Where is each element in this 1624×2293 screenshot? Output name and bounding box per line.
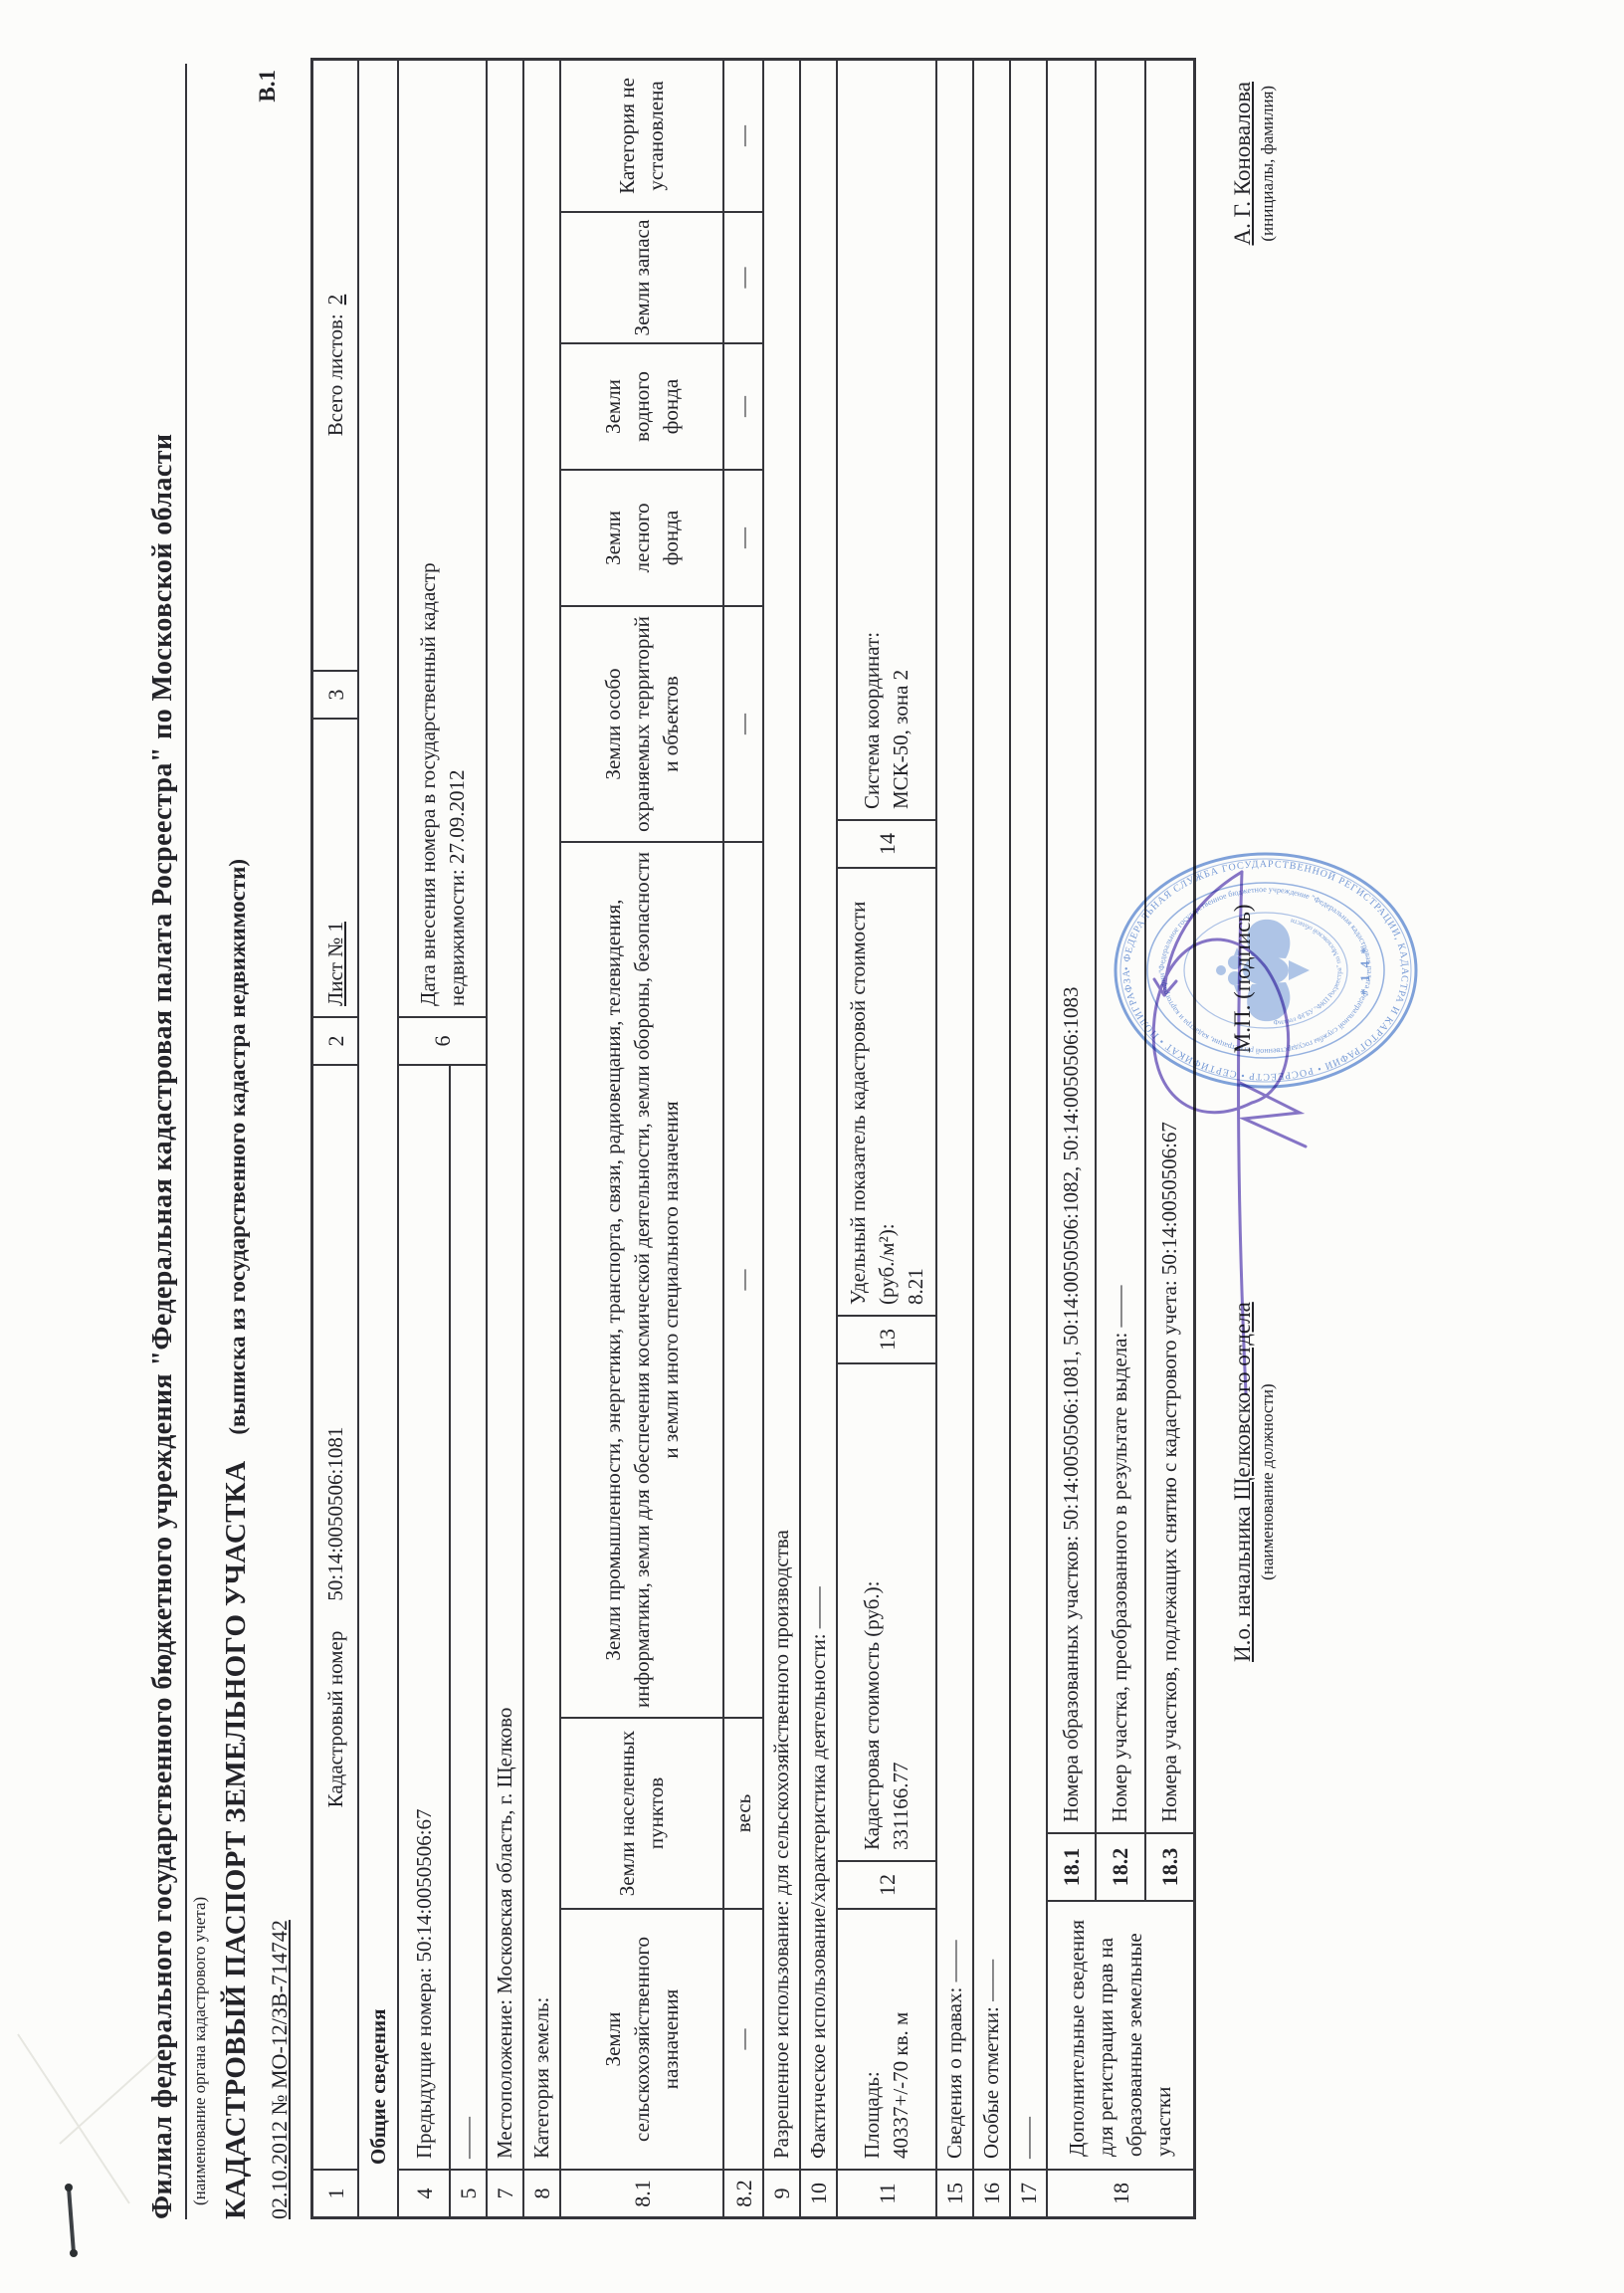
cadastral-number-label: Кадастровый номер (321, 1631, 350, 1808)
official-round-stamp: • ФЕДЕРАЛЬНАЯ СЛУЖБА ГОСУДАРСТВЕННОЙ РЕГ… (1109, 846, 1423, 1095)
sheet-number-cell: Лист № 1 (313, 718, 357, 1016)
mark-forest: — (724, 469, 762, 605)
cadastral-value: 331166.77 (887, 1374, 915, 1850)
coordinate-system-label: Система координат: (858, 71, 887, 809)
area-value: 40337+/-70 кв. м (887, 1920, 915, 2159)
row-number: 7 (488, 2169, 522, 2216)
row-number: 12 (838, 1860, 935, 1908)
row-17-dash: —— (1011, 61, 1046, 2169)
table-row-8: 8 Категория земель: (524, 61, 561, 2216)
org-caption: (наименование органа кадастрового учета) (187, 64, 220, 2219)
rights-info: Сведения о правах: —— (937, 61, 972, 2169)
total-sheets-cell: Всего листов: 2 (313, 61, 357, 670)
category-reserve: Земли запаса (561, 211, 722, 342)
mark-settlement: весь (724, 1717, 762, 1908)
row-number: 6 (399, 1016, 486, 1064)
row-number: 16 (974, 2169, 1009, 2216)
category-water: Земли водного фонда (561, 342, 722, 469)
actual-use: Фактическое использование/характеристика… (801, 61, 836, 2169)
signer-name: А. Г. Коновалова (1230, 82, 1256, 246)
mark-industry: — (724, 841, 762, 1717)
row-5-dash: —— (451, 1066, 486, 2169)
table-row-10: 10 Фактическое использование/характерист… (801, 61, 838, 2216)
specific-value-cell: Удельный показатель кадастровой стоимост… (838, 867, 935, 1315)
cadastral-value-label: Кадастровая стоимость (руб.): (858, 1374, 887, 1850)
signer-name-block: А. Г. Коновалова (инициалы, фамилия) (1230, 82, 1278, 246)
category-forest: Земли лесного фонда (561, 469, 722, 605)
table-row-18-1: 18.1 Номера образованных участков: 50:14… (1048, 61, 1097, 1900)
signer-position: И.о. начальника Щелковского отдела (1230, 1302, 1256, 1662)
area-cell: Площадь: 40337+/-70 кв. м (838, 1908, 935, 2169)
table-row-16: 16 Особые отметки: —— (974, 61, 1011, 2216)
row-number: 5 (451, 2169, 486, 2216)
form-code-badge: В.1 (255, 70, 281, 103)
doc-number: 02.10.2012 № МО-12/ЗВ-714742 (267, 1920, 292, 2219)
paper-crease-lines (18, 2034, 159, 2203)
cadastral-value-cell: Кадастровая стоимость (руб.): 331166.77 (838, 1362, 935, 1860)
row-number: 3 (313, 670, 357, 718)
doc-title: КАДАСТРОВЫЙ ПАСПОРТ ЗЕМЕЛЬНОГО УЧАСТКА (220, 1461, 252, 2219)
table-row-5: 5 —— (451, 1066, 486, 2216)
location: Местоположение: Московская область, г. Щ… (488, 61, 522, 2169)
specific-value: 8.21 (902, 879, 930, 1305)
registration-date-cell: Дата внесения номера в государственный к… (399, 61, 486, 1016)
category-agricultural: Земли сельскохозяйственного назначения (561, 1908, 722, 2169)
name-caption: (инициалы, фамилия) (1258, 82, 1278, 246)
section-title: Общие сведения (359, 61, 397, 2216)
mark-reserve: — (724, 211, 762, 342)
signature-block: И.о. начальника Щелковского отдела (наим… (1230, 64, 1278, 2219)
row-number: 18.2 (1097, 1832, 1143, 1900)
row-number: 2 (313, 1016, 357, 1064)
row-number: 18 (1048, 2169, 1193, 2216)
org-title: Филиал федерального государственного бюд… (147, 64, 187, 2219)
row-number: 1 (313, 2169, 357, 2216)
row-number: 8.1 (561, 2169, 722, 2216)
table-row-8-2-marks: 8.2 — весь — — — — — — (724, 61, 764, 2216)
specific-value-label: Удельный показатель кадастровой стоимост… (844, 879, 902, 1305)
table-row-8-1-categories: 8.1 Земли сельскохозяйственного назначен… (561, 61, 724, 2216)
special-marks: Особые отметки: —— (974, 61, 1009, 2169)
mark-agricultural: — (724, 1908, 762, 2169)
table-row-7: 7 Местоположение: Московская область, г.… (488, 61, 524, 2216)
mark-water: — (724, 342, 762, 469)
mark-not-set: — (724, 61, 762, 211)
doc-title-line: КАДАСТРОВЫЙ ПАСПОРТ ЗЕМЕЛЬНОГО УЧАСТКА (… (220, 64, 253, 2219)
row-number: 9 (764, 2169, 799, 2216)
table-row-1: 1 Кадастровый номер 50:14:0050506:1081 2… (313, 61, 359, 2216)
row-number: 10 (801, 2169, 836, 2216)
row-number: 8 (524, 2169, 559, 2216)
signer-position-block: И.о. начальника Щелковского отдела (наим… (1230, 1302, 1278, 1662)
table-row-18: 18 Дополнительные сведения для регистрац… (1048, 61, 1193, 2216)
category-protected: Земли особо охраняемых территорий и объе… (561, 605, 722, 841)
table-row-15: 15 Сведения о правах: —— (937, 61, 974, 2216)
table-row-general: Общие сведения (359, 61, 399, 2216)
registration-date: Дата внесения номера в государственный к… (414, 429, 472, 1006)
row-number: 18.1 (1048, 1832, 1095, 1900)
cadastral-table: 1 Кадастровый номер 50:14:0050506:1081 2… (310, 58, 1196, 2219)
sheet-number: Лист № 1 (321, 730, 350, 1006)
table-row-9: 9 Разрешенное использование: для сельско… (764, 61, 801, 2216)
rows-4-5-stack: 4 Предыдущие номера: 50:14:0050506:67 5 … (399, 1064, 486, 2216)
row-number: 13 (838, 1315, 935, 1362)
double-eagle-emblem (1216, 920, 1310, 1021)
cadastral-passport-document: Филиал федерального государственного бюд… (0, 0, 1624, 2293)
row-number: 18.3 (1146, 1832, 1193, 1900)
permitted-use: Разрешенное использование: для сельскохо… (764, 61, 799, 2169)
category-not-set: Категория не установлена (561, 61, 722, 211)
category-settlement: Земли населенных пунктов (561, 1717, 722, 1908)
doc-subtitle: (выписка из государственного кадастра не… (225, 859, 250, 1435)
category-industry: Земли промышленности, энергетики, трансп… (561, 841, 722, 1717)
row-number: 8.2 (724, 2169, 762, 2216)
position-caption: (наименование должности) (1258, 1302, 1278, 1662)
land-category-label: Категория земель: (524, 61, 559, 2169)
row-number: 4 (399, 2169, 449, 2216)
row-number: 11 (838, 2169, 935, 2216)
mark-protected: — (724, 605, 762, 841)
cadastral-number-value: 50:14:0050506:1081 (321, 1427, 350, 1601)
table-row-4-5-6: 4 Предыдущие номера: 50:14:0050506:67 5 … (399, 61, 488, 2216)
table-row-17: 17 —— (1011, 61, 1048, 2216)
stamp-branch-code: * 1 4 * (1357, 945, 1372, 995)
row-number: 14 (838, 819, 935, 867)
formed-parcels: Номера образованных участков: 50:14:0050… (1048, 61, 1095, 1832)
area-label: Площадь: (858, 1920, 887, 2159)
previous-numbers: Предыдущие номера: 50:14:0050506:67 (399, 1066, 449, 2169)
total-sheets-label: Всего листов: (321, 313, 350, 436)
additional-info-label: Дополнительные сведения для регистрации … (1048, 1900, 1193, 2169)
coordinate-system-cell: Система координат: МСК-50, зона 2 (838, 61, 935, 819)
doc-number-line: 02.10.2012 № МО-12/ЗВ-714742 В.1 (267, 64, 301, 2219)
cadastral-number-cell: Кадастровый номер 50:14:0050506:1081 (313, 1064, 357, 2169)
total-sheets-value: 2 (321, 295, 350, 306)
staple-scan-mark (65, 2184, 78, 2257)
table-row-4: 4 Предыдущие номера: 50:14:0050506:67 (399, 1066, 451, 2216)
coordinate-system-value: МСК-50, зона 2 (887, 71, 915, 809)
row-number: 17 (1011, 2169, 1046, 2216)
document-header: Филиал федерального государственного бюд… (147, 64, 301, 2219)
row-number: 15 (937, 2169, 972, 2216)
scanned-page: Филиал федерального государственного бюд… (0, 0, 1624, 2293)
table-row-11-14: 11 Площадь: 40337+/-70 кв. м 12 Кадастро… (838, 61, 937, 2216)
